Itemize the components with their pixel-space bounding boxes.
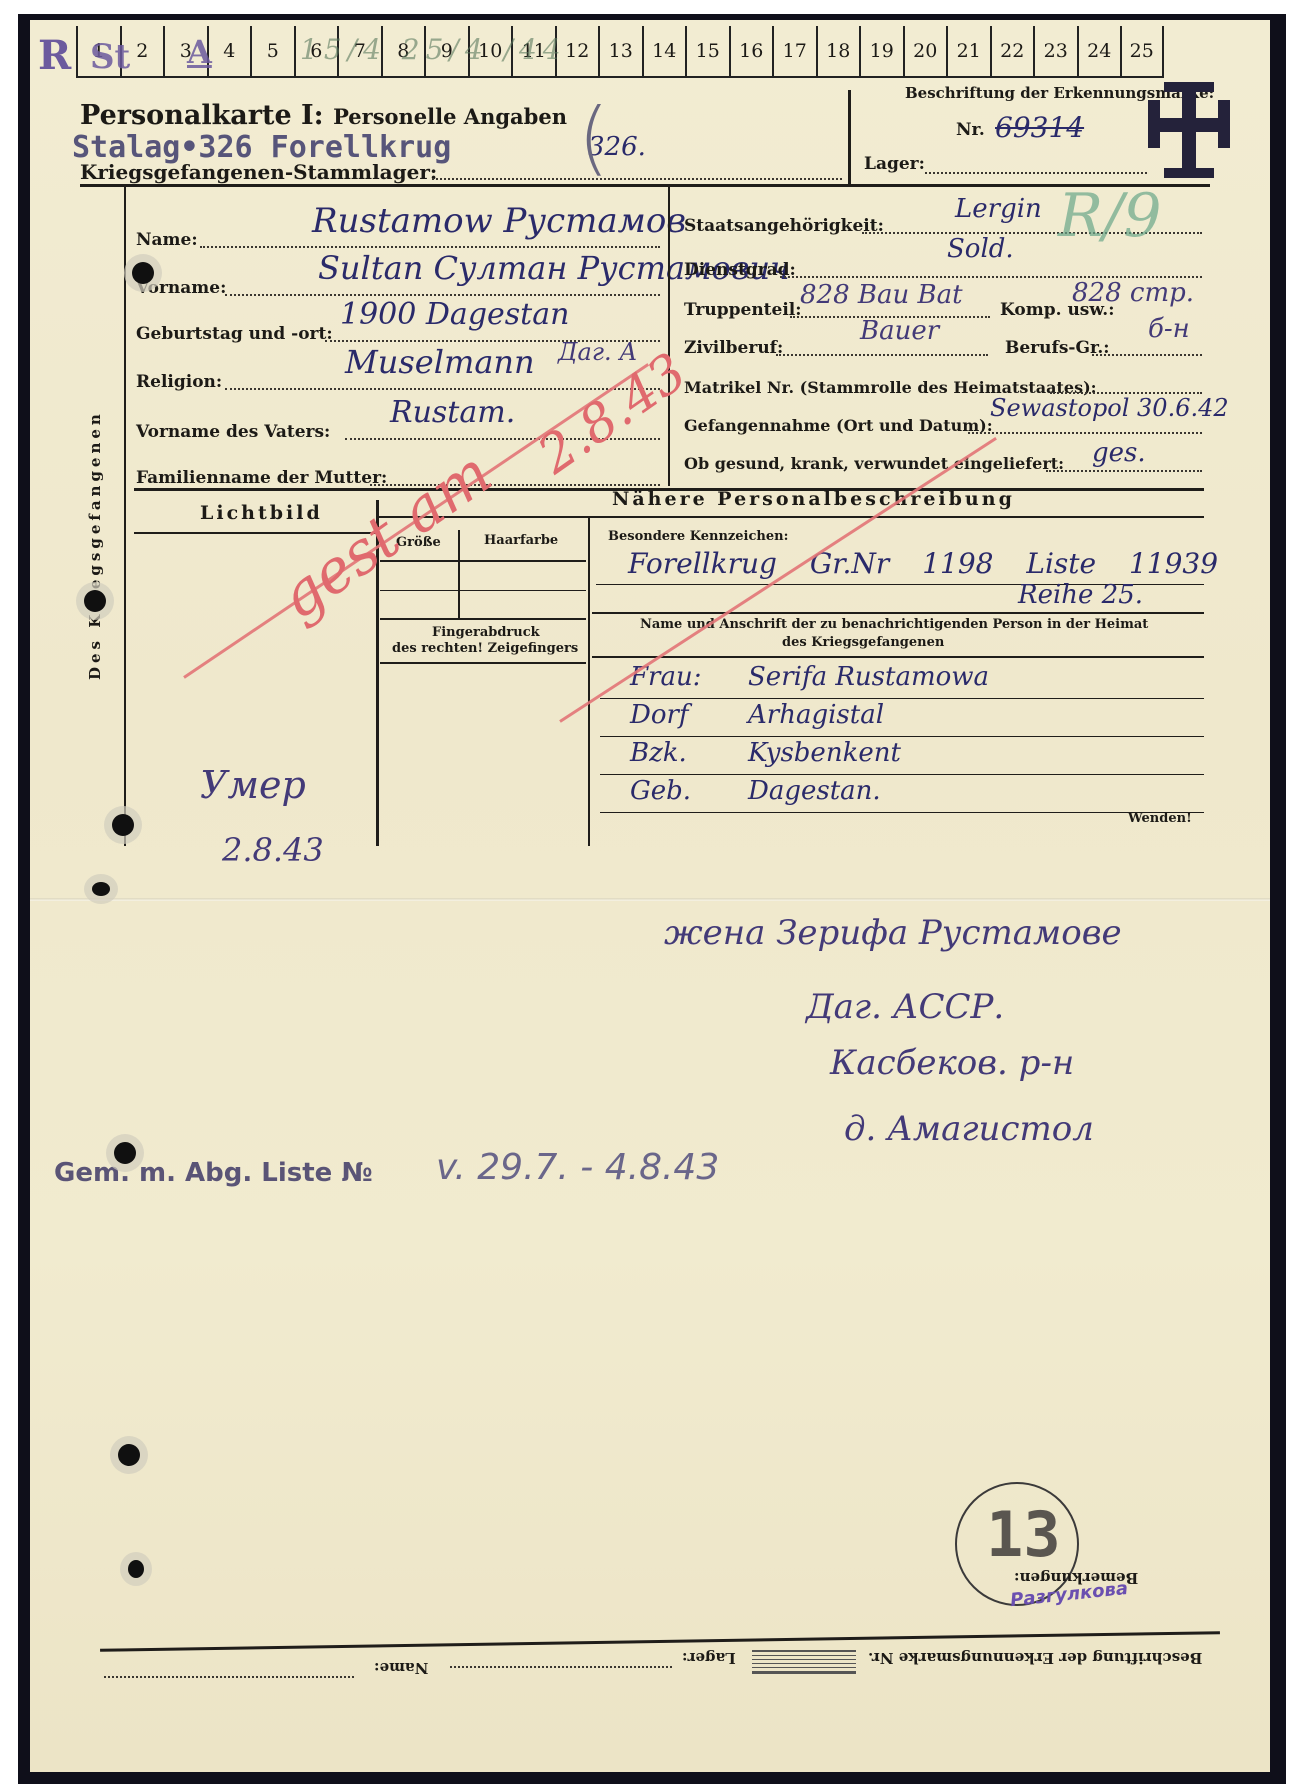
geburt-value: 1900 Dagestan — [340, 300, 569, 330]
card-subtitle: Personelle Angaben — [333, 104, 567, 129]
mutter-label: Familienname der Mutter: — [136, 470, 387, 487]
pencil-bracket: ( — [578, 98, 609, 178]
number-cell: 15 — [685, 26, 729, 76]
punch-hole — [84, 590, 106, 612]
number-cell: 14 — [642, 26, 686, 76]
berufs-dotted-line — [1092, 354, 1202, 356]
stamp-letter-r: R — [38, 36, 71, 76]
vorname-label: Vorname: — [136, 280, 226, 297]
zivil-label: Zivilberuf: — [684, 340, 783, 357]
name-label: Name: — [136, 232, 198, 249]
number-stamp-value: 13 — [986, 1504, 1061, 1566]
gefangen-label: Gefangennahme (Ort und Datum): — [684, 418, 993, 434]
komp-value: 828 стр. — [1072, 280, 1194, 306]
kennzeichen-label: Besondere Kennzeichen: — [608, 530, 788, 543]
nr-value: 69314 — [995, 114, 1084, 142]
groesse-divider — [458, 530, 460, 620]
contact-value: Kysbenkent — [748, 740, 901, 766]
zivil-value: Bauer — [860, 318, 939, 344]
religion-label: Religion: — [136, 374, 222, 391]
contact-key: Bzk. — [630, 740, 687, 766]
card-title-text: Personalkarte I: — [80, 100, 324, 131]
lichtbild-label: Lichtbild — [200, 504, 323, 523]
contact-line-rule — [600, 812, 1204, 813]
number-cell: 5 — [250, 26, 294, 76]
punch-hole — [114, 1142, 136, 1164]
paper-fold — [30, 898, 1270, 901]
gesund-label: Ob gesund, krank, verwundet eingeliefert… — [684, 456, 1064, 472]
berufs-value: б-н — [1148, 316, 1190, 342]
gefangen-value: Sewastopol 30.6.42 — [990, 396, 1229, 420]
card-title: Personalkarte I: Personelle Angaben — [80, 102, 567, 129]
zivil-dotted-line — [776, 354, 988, 356]
number-cell: 18 — [816, 26, 860, 76]
description-divider — [588, 518, 590, 846]
name-value: Rustamow Рустамов — [312, 204, 686, 238]
vater-value: Rustam. — [390, 398, 515, 428]
russian-note-line: жена Зерифа Рустамове — [664, 916, 1122, 950]
vorname-dotted-line — [225, 294, 660, 296]
lager-label: Lager: — [864, 156, 925, 173]
camp-label: Kriegsgefangenen-Stammlager: — [80, 162, 437, 182]
russian-note-line: Даг. АССР. — [806, 990, 1004, 1024]
haarfarbe-label: Haarfarbe — [484, 534, 558, 547]
lager-dotted-line — [925, 172, 1147, 174]
name-dotted-line — [200, 246, 660, 248]
header-divider — [848, 90, 851, 186]
header-rule — [80, 184, 1210, 187]
number-cell: 24 — [1077, 26, 1121, 76]
bottom-name-dotted-line — [104, 1676, 354, 1678]
stamp-letter-a: A — [187, 36, 212, 68]
punch-hole — [132, 262, 154, 284]
kennzeichen-line-2: Reihe 25. — [1018, 582, 1143, 608]
camp-stamp: Stalag•326 Forellkrug — [72, 133, 451, 163]
religion-value: Muselmann — [345, 346, 535, 378]
number-cell: 22 — [990, 26, 1034, 76]
wenden-label: Wenden! — [1128, 812, 1192, 825]
kennzeichen-rule-2 — [592, 612, 1204, 614]
number-cell: 21 — [946, 26, 990, 76]
personal-divider — [668, 186, 670, 486]
strip-handwriting: 15/4 25/4 /44 — [300, 36, 567, 64]
number-cell: 4 — [207, 26, 251, 76]
truppenteil-value: 828 Bau Bat — [800, 282, 963, 308]
punch-hole — [112, 814, 134, 836]
kennzeichen-line-1: Forellkrug Gr.Nr 1198 Liste 11939 — [628, 550, 1218, 578]
religion-note: Даг. А — [558, 340, 637, 364]
punch-hole — [118, 1444, 140, 1466]
contact-key: Geb. — [630, 778, 691, 804]
gefangen-dotted-line — [968, 432, 1202, 434]
russian-note-line: Касбеков. р-н — [830, 1046, 1074, 1080]
contact-value: Arhagistal — [748, 702, 884, 728]
truppenteil-label: Truppenteil: — [684, 302, 802, 319]
number-cell: 19 — [859, 26, 903, 76]
punch-hole — [92, 882, 110, 896]
grid-rule-3 — [380, 618, 586, 620]
number-cell: 25 — [1120, 26, 1164, 76]
description-rule — [378, 516, 1204, 518]
staat-value: Lergin — [955, 196, 1042, 222]
number-cell: 16 — [729, 26, 773, 76]
contact-line-rule — [600, 736, 1204, 737]
contact-value: Serifa Rustamowa — [748, 664, 989, 690]
number-cell: 23 — [1033, 26, 1077, 76]
staat-label: Staatsangehörigkeit: — [684, 218, 884, 235]
bottom-name-label: Name: — [374, 1660, 428, 1675]
vater-label: Vorname des Vaters: — [136, 424, 330, 441]
contact-rule — [592, 656, 1204, 658]
description-title: Nähere Personalbeschreibung — [612, 490, 1015, 509]
number-cell: 17 — [772, 26, 816, 76]
abg-liste-label: Gem. m. Abg. Liste № — [54, 1160, 373, 1186]
contact-label-2: des Kriegsgefangenen — [782, 636, 944, 649]
margin-mark-green: R/9 — [1058, 186, 1162, 246]
gesund-value: ges. — [1092, 440, 1146, 466]
finger-label-1: Fingerabdruck — [432, 626, 540, 639]
finger-rule — [380, 662, 586, 664]
gesund-dotted-line — [1046, 470, 1202, 472]
number-strip: 1234567891011121314151617181920212223242… — [76, 26, 1164, 78]
punch-hole — [128, 1560, 144, 1578]
abg-liste-value: v. 29.7. - 4.8.43 — [436, 1150, 719, 1186]
iron-cross-emblem-icon — [1148, 82, 1230, 178]
stamp-letters-st: St — [90, 40, 130, 74]
bottom-tag-label: Beschriftung der Erkennungsmarke Nr. — [868, 1650, 1202, 1665]
photo-note-line-2: 2.8.43 — [222, 834, 324, 866]
photo-note-line-1: Умер — [200, 766, 306, 804]
bottom-tag-lines — [752, 1650, 856, 1674]
contact-key: Dorf — [630, 702, 689, 728]
contact-line-rule — [600, 698, 1204, 699]
finger-label-2: des rechten! Zeigefingers — [392, 642, 578, 655]
number-cell: 20 — [903, 26, 947, 76]
nr-label: Nr. — [956, 122, 985, 139]
contact-value: Dagestan. — [748, 778, 881, 804]
form-left-border — [124, 186, 126, 846]
contact-line-rule — [600, 774, 1204, 775]
bottom-lager-dotted-line — [450, 1666, 672, 1668]
dienstgrad-value: Sold. — [947, 236, 1014, 262]
camp-dotted-line — [432, 178, 842, 180]
geburt-label: Geburtstag und -ort: — [136, 326, 333, 343]
number-cell: 13 — [598, 26, 642, 76]
bottom-lager-label: Lager: — [682, 1650, 736, 1665]
russian-note-line: д. Амагистол — [844, 1112, 1094, 1146]
side-label: Des Kriegsgefangenen — [86, 410, 104, 680]
grid-rule-2 — [380, 590, 586, 591]
